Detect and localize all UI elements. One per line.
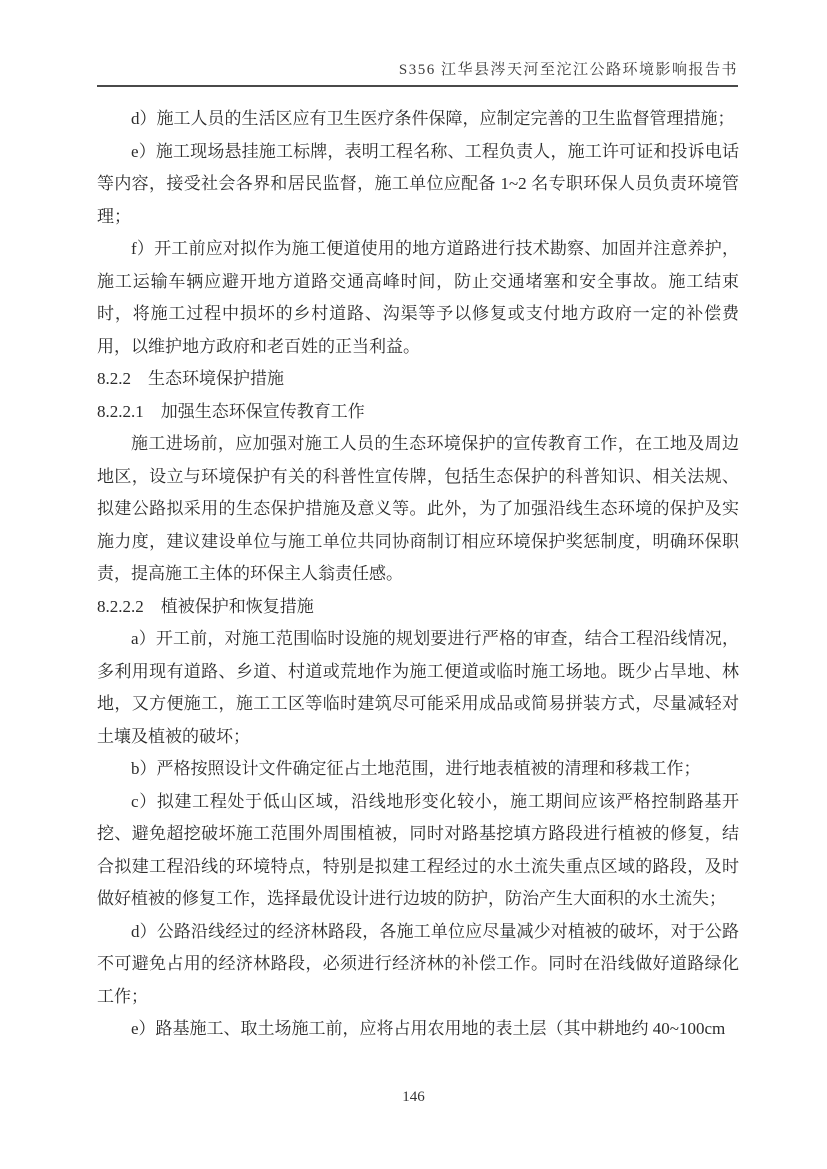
paragraph-item-d-economic-forest: d）公路沿线经过的经济林路段，各施工单位应尽量减少对植被的破坏，对于公路不可避免… xyxy=(97,916,739,1014)
page-header: S356 江华县涔天河至沱江公路环境影响报告书 xyxy=(97,60,738,87)
section-heading-8-2-2: 8.2.2 生态环境保护措施 xyxy=(97,363,739,396)
paragraph-eco-education: 施工进场前，应加强对施工人员的生态环境保护的宣传教育工作，在工地及周边地区，设立… xyxy=(97,428,739,591)
paragraph-item-e-signboard: e）施工现场悬挂施工标牌，表明工程名称、工程负责人，施工许可证和投诉电话等内容，… xyxy=(97,136,739,234)
paragraph-item-b-land-scope: b）严格按照设计文件确定征占土地范围，进行地表植被的清理和移栽工作； xyxy=(97,753,739,786)
paragraph-item-e-topsoil: e）路基施工、取土场施工前，应将占用农用地的表土层（其中耕地约 40~100cm xyxy=(97,1013,739,1046)
document-body: d）施工人员的生活区应有卫生医疗条件保障，应制定完善的卫生监督管理措施； e）施… xyxy=(97,103,739,1046)
paragraph-item-d-sanitation: d）施工人员的生活区应有卫生医疗条件保障，应制定完善的卫生监督管理措施； xyxy=(97,103,739,136)
header-rule xyxy=(97,85,738,87)
document-page: S356 江华县涔天河至沱江公路环境影响报告书 d）施工人员的生活区应有卫生医疗… xyxy=(0,0,827,1169)
paragraph-item-f-local-roads: f）开工前应对拟作为施工便道使用的地方道路进行技术勘察、加固并注意养护，施工运输… xyxy=(97,233,739,363)
page-number: 146 xyxy=(402,1089,425,1105)
section-heading-8-2-2-1: 8.2.2.1 加强生态环保宣传教育工作 xyxy=(97,396,739,429)
section-heading-8-2-2-2: 8.2.2.2 植被保护和恢复措施 xyxy=(97,591,739,624)
paragraph-item-a-planning: a）开工前，对施工范围临时设施的规划要进行严格的审查，结合工程沿线情况，多利用现… xyxy=(97,623,739,753)
paragraph-item-c-excavation: c）拟建工程处于低山区域，沿线地形变化较小，施工期间应该严格控制路基开挖、避免超… xyxy=(97,786,739,916)
page-footer: 146 xyxy=(0,1089,827,1106)
header-title: S356 江华县涔天河至沱江公路环境影响报告书 xyxy=(97,60,738,80)
